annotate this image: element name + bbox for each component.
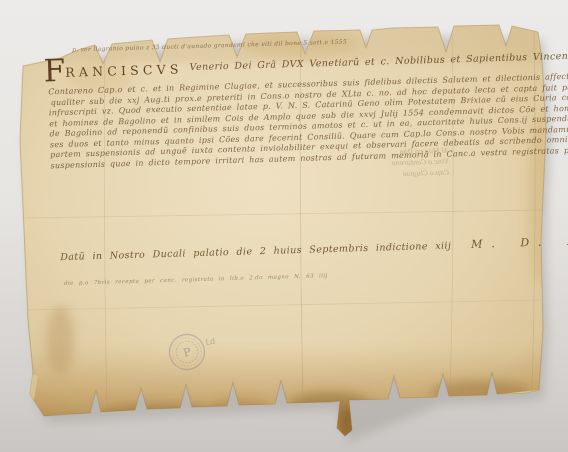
verso-showthrough-text: Al Mag.co Dño Vinc.o Contareno Cap.o Clu… (298, 147, 449, 184)
heading-initial-F: F (43, 58, 65, 85)
photo-backdrop: P Ld p. ser llagranio puino z 35 ducti d… (0, 0, 568, 452)
dateline: Datũ in Nostro Ducali palatio die 2 huiu… (60, 233, 568, 263)
ducal-letter-text: p. ser llagranio puino z 35 ducti d'auna… (0, 0, 568, 452)
dateline-place-date: Datũ in Nostro Ducali palatio die 2 huiu… (60, 240, 451, 263)
heading-titles: Venerio Dei Grã DVX Venetiarũ et c. Nobi… (189, 51, 568, 74)
showthrough-line: Vinc.o Contareno (299, 158, 449, 170)
showthrough-line: Cap.o Clugiae (299, 169, 449, 181)
heading-doge-name: RANCISCVS (65, 61, 183, 79)
dateline-year-MDLV: M. D. L. V. (471, 233, 568, 251)
registration-note: die p.o 7bris recepta per canc. registra… (64, 273, 328, 287)
